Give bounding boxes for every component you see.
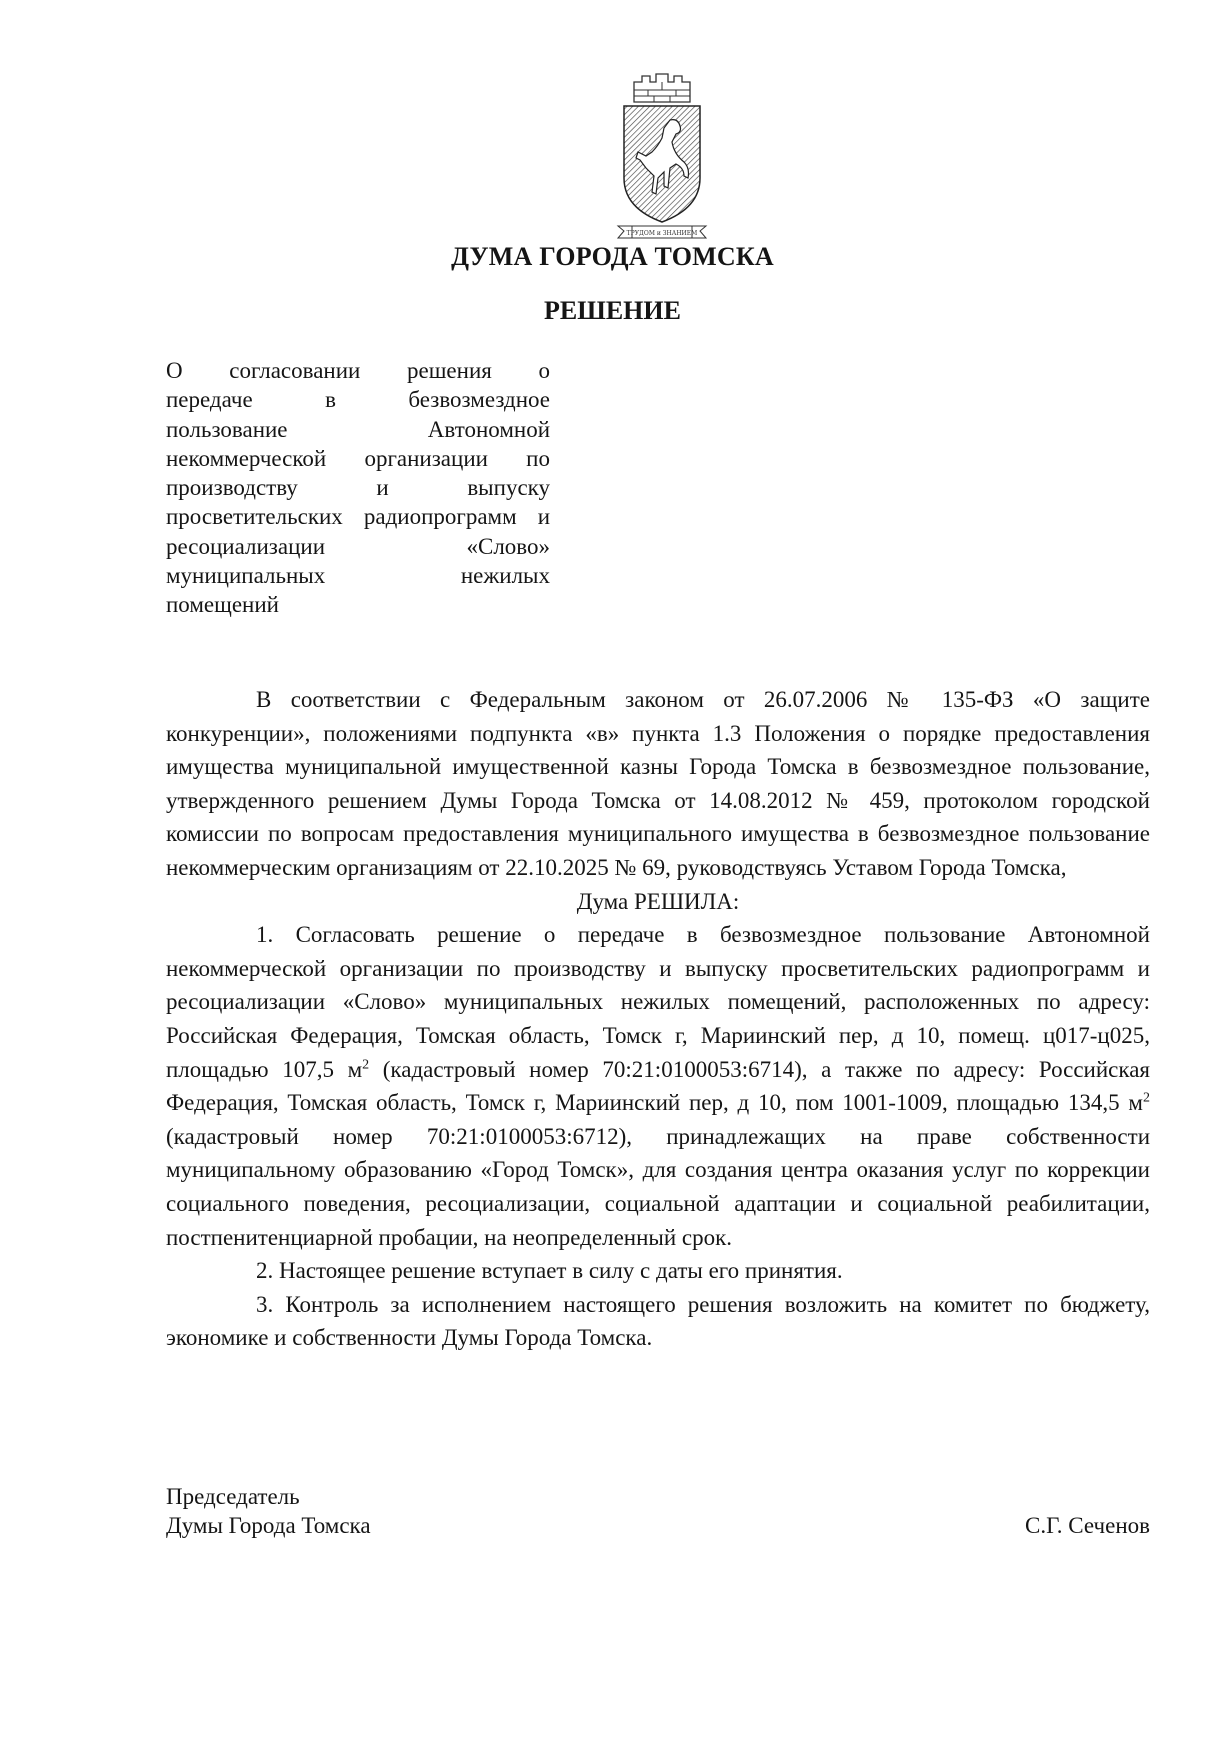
subject-line: муниципальных нежилых bbox=[166, 561, 550, 590]
subject-line: О согласовании решения о bbox=[166, 356, 550, 385]
document-type: РЕШЕНИЕ bbox=[0, 296, 1225, 326]
subject-line: помещений bbox=[166, 590, 550, 619]
decision-item-2: 2. Настоящее решение вступает в силу с д… bbox=[166, 1254, 1150, 1288]
decision-item-3: 3. Контроль за исполнением настоящего ре… bbox=[166, 1288, 1150, 1355]
decided-heading: Дума РЕШИЛА: bbox=[166, 885, 1150, 919]
signatory-organization: Думы Города Томска bbox=[166, 1511, 371, 1540]
decision-item-1: 1. Согласовать решение о передаче в безв… bbox=[166, 918, 1150, 1254]
decision-subject: О согласовании решения о передаче в безв… bbox=[166, 356, 550, 620]
preamble-paragraph: В соответствии с Федеральным законом от … bbox=[166, 683, 1150, 885]
svg-text:ТРУДОМ и ЗНАНИЕМ: ТРУДОМ и ЗНАНИЕМ bbox=[627, 230, 698, 237]
signatory-position: Председатель bbox=[166, 1482, 1150, 1511]
decision-body: В соответствии с Федеральным законом от … bbox=[166, 683, 1150, 1355]
subject-line: передаче в безвозмездное bbox=[166, 385, 550, 414]
subject-line: ресоциализации «Слово» bbox=[166, 532, 550, 561]
subject-line: просветительских радиопрограмм и bbox=[166, 502, 550, 531]
tomsk-coat-of-arms-icon: ТРУДОМ и ЗНАНИЕМ bbox=[614, 68, 710, 244]
signature-block: Председатель Думы Города Томска С.Г. Сеч… bbox=[166, 1482, 1150, 1540]
signatory-name: С.Г. Сеченов bbox=[1025, 1511, 1150, 1540]
org-title: ДУМА ГОРОДА ТОМСКА bbox=[0, 242, 1225, 272]
document-page: ТРУДОМ и ЗНАНИЕМ ДУМА ГОРОДА ТОМСКА РЕШЕ… bbox=[0, 0, 1225, 1758]
subject-line: некоммерческой организации по bbox=[166, 444, 550, 473]
subject-line: производству и выпуску bbox=[166, 473, 550, 502]
subject-line: пользование Автономной bbox=[166, 415, 550, 444]
